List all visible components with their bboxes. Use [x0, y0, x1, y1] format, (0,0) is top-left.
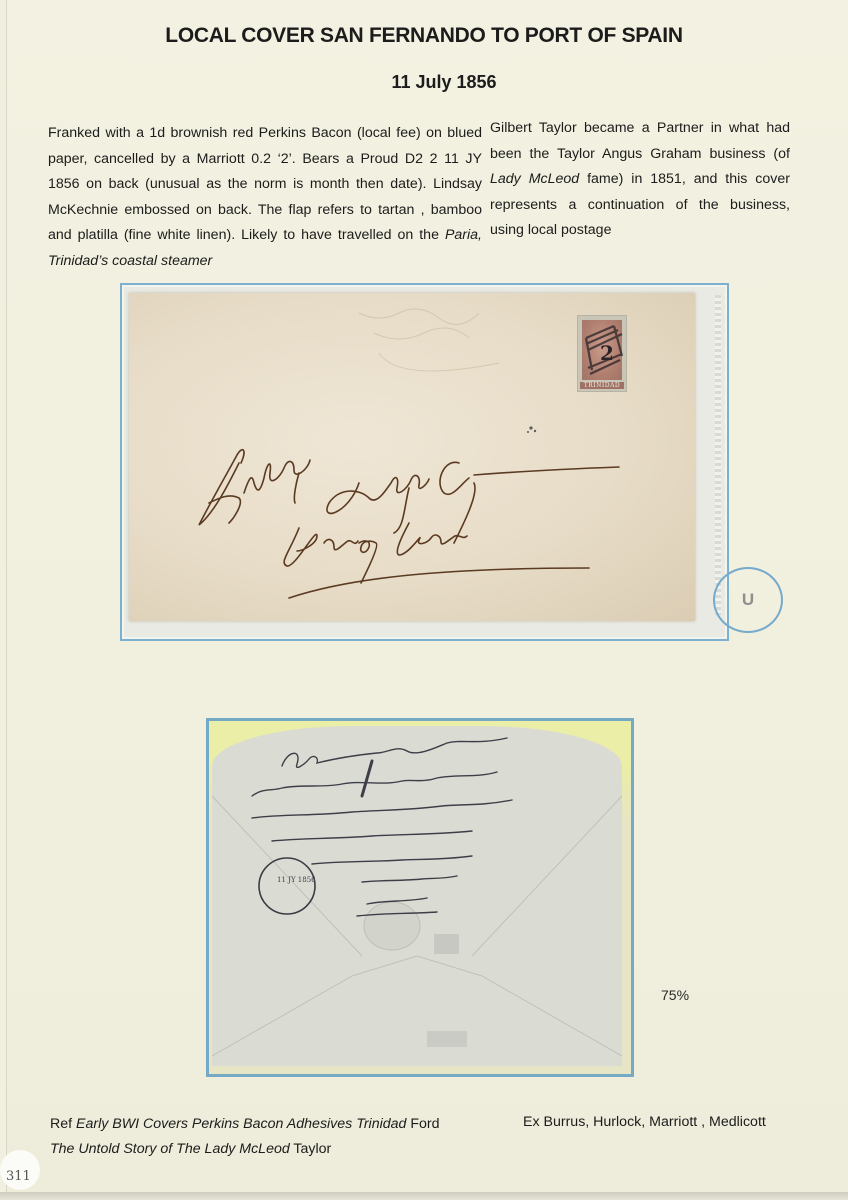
stamp-country-label: TRINIDAD [580, 382, 624, 389]
scale-label: 75% [661, 987, 689, 1003]
description-left: Franked with a 1d brownish red Perkins B… [48, 121, 482, 274]
description-left-text: Franked with a 1d brownish red Perkins B… [48, 125, 482, 243]
reference-author-2: Taylor [290, 1141, 332, 1157]
reference-citation: Ref Early BWI Covers Perkins Bacon Adhes… [50, 1112, 440, 1162]
page-date: 11 July 1856 [0, 72, 848, 93]
back-cover-image: 11 JY 1856 [212, 726, 622, 1066]
trinidad-1d-stamp: 2 TRINIDAD [577, 315, 627, 392]
postmark-text: 11 JY 1856 [277, 876, 316, 884]
description-right: Gilbert Taylor became a Partner in what … [490, 116, 790, 244]
reference-title-1: Early BWI Covers Perkins Bacon Adhesives… [76, 1116, 406, 1132]
page-title: LOCAL COVER SAN FERNANDO TO PORT OF SPAI… [0, 24, 848, 48]
description-right-text-1: Gilbert Taylor became a Partner in what … [490, 120, 790, 162]
reference-prefix: Ref [50, 1116, 76, 1132]
reference-author-1: Ford [406, 1116, 439, 1132]
usage-marker-label: U [742, 590, 754, 610]
page-edge [0, 1192, 848, 1200]
reference-line-2: The Untold Story of The Lady McLeod Tayl… [50, 1137, 440, 1162]
svg-text:2: 2 [600, 341, 614, 365]
usage-marker-circle: U [713, 567, 783, 633]
reference-title-2: The Untold Story of The Lady McLeod [50, 1141, 290, 1157]
page-number: 311 [0, 1150, 40, 1190]
description-right-italic: Lady McLeod [490, 171, 579, 187]
provenance: Ex Burrus, Hurlock, Marriott , Medlicott [523, 1114, 766, 1130]
reference-line-1: Ref Early BWI Covers Perkins Bacon Adhes… [50, 1112, 440, 1137]
back-flap-writing: 11 JY 1856 [212, 726, 622, 1066]
numeral-cancel-icon: 2 [584, 324, 624, 382]
